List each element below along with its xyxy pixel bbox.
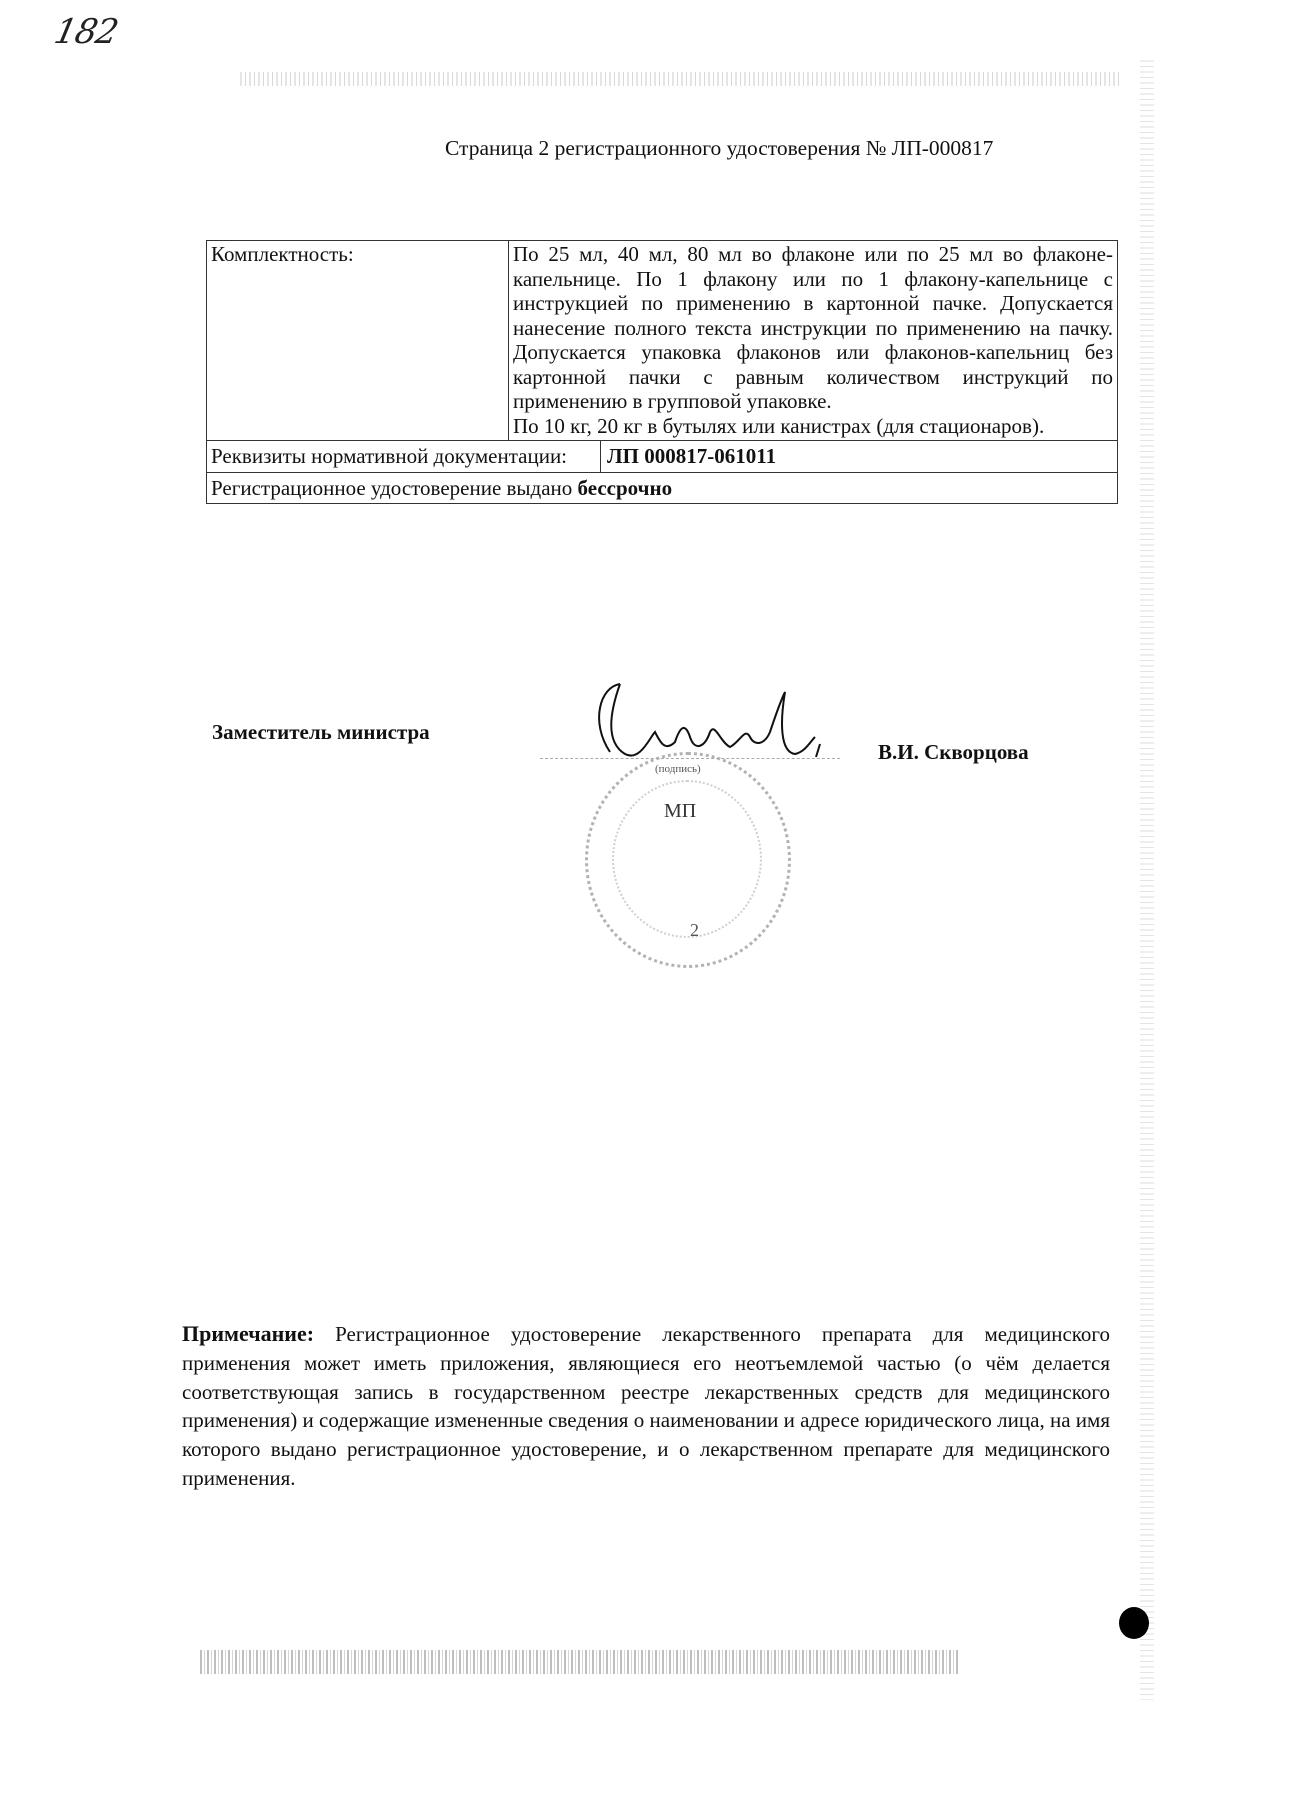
- normative-docs-label: Реквизиты нормативной документации:: [207, 441, 601, 472]
- signer-name: В.И. Скворцова: [878, 740, 1029, 765]
- validity-text: Регистрационное удостоверение выдано: [211, 476, 578, 500]
- table-row-completeness: Комплектность: По 25 мл, 40 мл, 80 мл во…: [207, 241, 1118, 441]
- scan-noise-top: [240, 72, 1120, 86]
- validity-term: бессрочно: [578, 476, 673, 500]
- scan-noise-bottom: [200, 1650, 960, 1674]
- handwritten-signature-icon: [580, 682, 850, 782]
- stamp-number: 2: [690, 920, 699, 941]
- note-label: Примечание:: [182, 1321, 314, 1346]
- completeness-label: Комплектность:: [207, 241, 509, 441]
- table-row-validity: Регистрационное удостоверение выдано бес…: [207, 472, 1118, 504]
- scan-punch-hole: [1119, 1607, 1149, 1639]
- stamp-label: МП: [664, 800, 696, 823]
- handwritten-page-number: 182: [51, 12, 121, 52]
- table-row-normative-docs: Реквизиты нормативной документации: ЛП 0…: [207, 441, 1118, 473]
- signer-position: Заместитель министра: [212, 720, 430, 745]
- note-block: Примечание: Регистрационное удостоверени…: [182, 1320, 1110, 1493]
- note-text: Регистрационное удостоверение лекарствен…: [182, 1322, 1110, 1490]
- completeness-paragraph-1: По 25 мл, 40 мл, 80 мл во флаконе или по…: [513, 242, 1113, 414]
- normative-docs-value: ЛП 000817-061011: [601, 441, 1118, 472]
- registration-table: Комплектность: По 25 мл, 40 мл, 80 мл во…: [206, 240, 1118, 504]
- page-header: Страница 2 регистрационного удостоверени…: [445, 136, 993, 161]
- scan-noise-right: [1140, 60, 1154, 1700]
- completeness-paragraph-2: По 10 кг, 20 кг в бутылях или канистрах …: [513, 414, 1113, 439]
- completeness-value: По 25 мл, 40 мл, 80 мл во флаконе или по…: [509, 241, 1118, 441]
